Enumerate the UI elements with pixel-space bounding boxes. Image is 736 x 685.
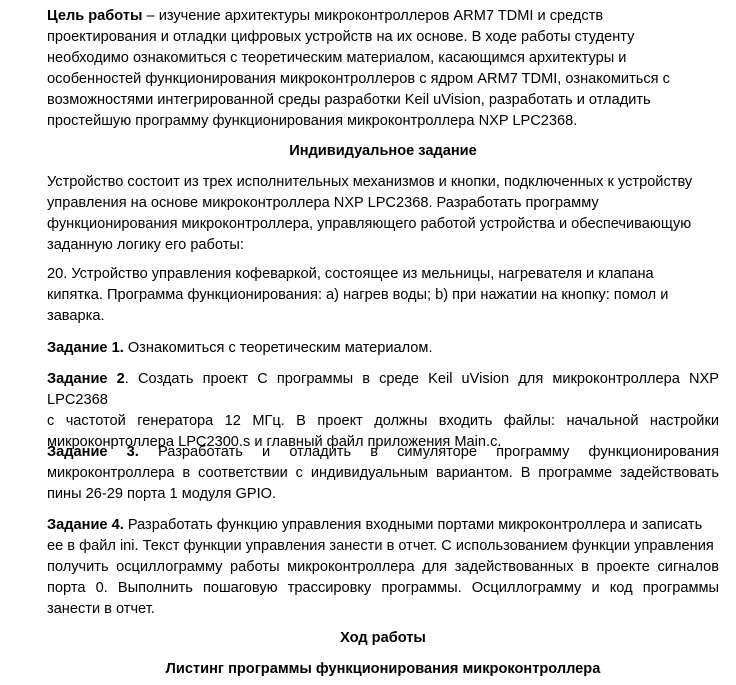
task-1-paragraph: Задание 1. Ознакомиться с теоретическим …	[47, 338, 719, 359]
progress-heading: Ход работы	[47, 628, 719, 649]
listing-heading: Листинг программы функционирования микро…	[47, 659, 719, 680]
task-2-label: Задание 2	[47, 371, 125, 387]
individual-task-description: Устройство состоит из трех исполнительны…	[47, 172, 719, 256]
task-2-paragraph: Задание 2. Создать проект C программы в …	[47, 369, 719, 453]
task-3-label: Задание 3.	[47, 444, 139, 460]
individual-task-heading: Индивидуальное задание	[47, 141, 719, 162]
task-4-paragraph: Задание 4. Разработать функцию управлени…	[47, 515, 719, 620]
goal-paragraph: Цель работы – изучение архитектуры микро…	[47, 6, 719, 132]
task-1-label: Задание 1.	[47, 340, 124, 356]
variant-paragraph: 20. Устройство управления кофеваркой, со…	[47, 264, 719, 327]
goal-label: Цель работы	[47, 8, 142, 24]
task-4-label: Задание 4.	[47, 517, 124, 533]
task-3-paragraph: Задание 3. Разработать и отладить в симу…	[47, 442, 719, 505]
goal-dash: –	[142, 8, 158, 24]
